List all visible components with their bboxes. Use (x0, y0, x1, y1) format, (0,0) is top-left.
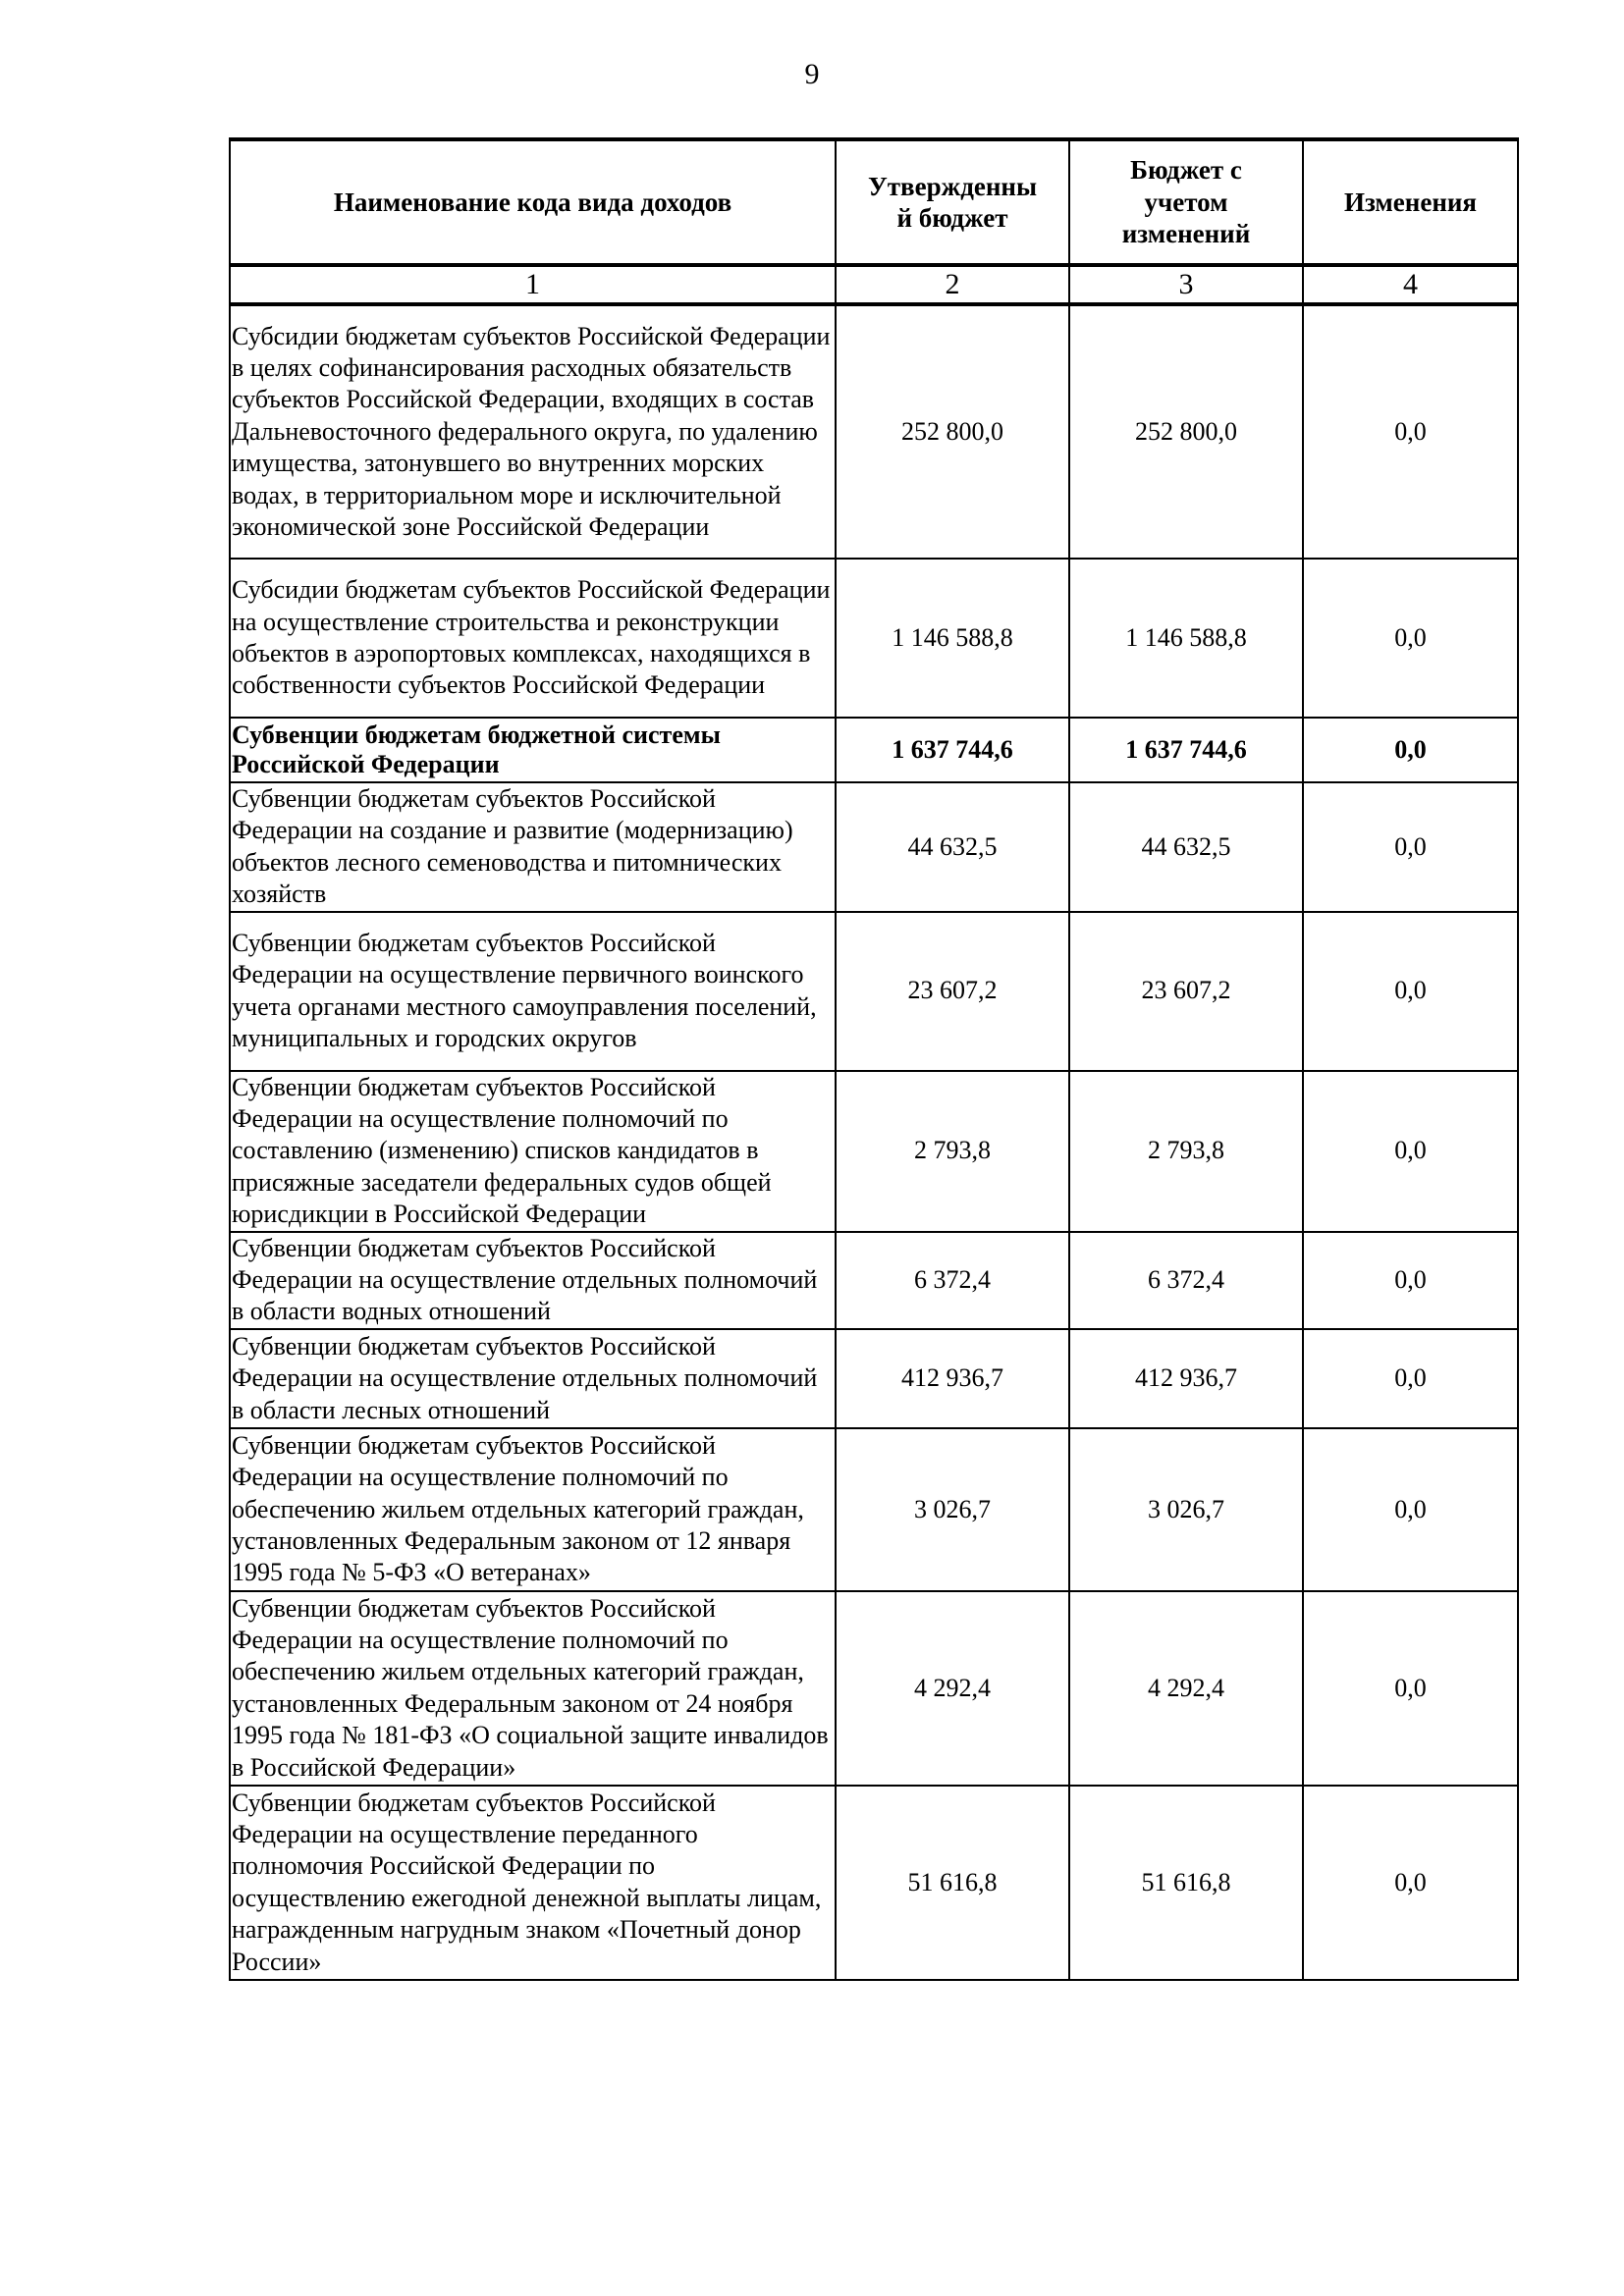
income-name-cell: Субвенции бюджетам субъектов Российской … (230, 1329, 836, 1428)
income-name-cell: Субвенции бюджетам субъектов Российской … (230, 1071, 836, 1232)
approved-budget-cell: 1 146 588,8 (836, 559, 1069, 718)
header-approved-line2: й бюджет (896, 203, 1007, 233)
income-name-cell: Субвенции бюджетам субъектов Российской … (230, 782, 836, 912)
table-row: Субвенции бюджетам субъектов Российской … (230, 912, 1518, 1071)
header-amended-line2: учетом (1145, 187, 1228, 217)
amended-budget-cell: 44 632,5 (1069, 782, 1303, 912)
approved-budget-cell: 2 793,8 (836, 1071, 1069, 1232)
income-name-cell: Субвенции бюджетам бюджетной системы Рос… (230, 718, 836, 782)
approved-budget-cell: 1 637 744,6 (836, 718, 1069, 782)
amended-budget-cell: 4 292,4 (1069, 1591, 1303, 1786)
change-cell: 0,0 (1303, 782, 1518, 912)
amended-budget-cell: 23 607,2 (1069, 912, 1303, 1071)
amended-budget-cell: 2 793,8 (1069, 1071, 1303, 1232)
approved-budget-cell: 252 800,0 (836, 304, 1069, 559)
income-name-cell: Субвенции бюджетам субъектов Российской … (230, 1428, 836, 1591)
header-amended-budget: Бюджет сучетомизменений (1069, 139, 1303, 265)
income-name-cell: Субвенции бюджетам субъектов Российской … (230, 912, 836, 1071)
approved-budget-cell: 412 936,7 (836, 1329, 1069, 1428)
column-number: 3 (1069, 265, 1303, 304)
change-cell: 0,0 (1303, 1071, 1518, 1232)
column-number: 1 (230, 265, 836, 304)
change-cell: 0,0 (1303, 304, 1518, 559)
amended-budget-cell: 252 800,0 (1069, 304, 1303, 559)
change-cell: 0,0 (1303, 912, 1518, 1071)
column-number: 4 (1303, 265, 1518, 304)
header-approved-line1: Утвержденны (868, 172, 1037, 201)
table-row: Субвенции бюджетам субъектов Российской … (230, 1591, 1518, 1786)
approved-budget-cell: 6 372,4 (836, 1232, 1069, 1329)
column-number-row: 1 2 3 4 (230, 265, 1518, 304)
approved-budget-cell: 44 632,5 (836, 782, 1069, 912)
change-cell: 0,0 (1303, 1232, 1518, 1329)
table-row: Субвенции бюджетам субъектов Российской … (230, 1232, 1518, 1329)
table-row: Субвенции бюджетам субъектов Российской … (230, 1786, 1518, 1980)
table-row: Субсидии бюджетам субъектов Российской Ф… (230, 304, 1518, 559)
amended-budget-cell: 1 146 588,8 (1069, 559, 1303, 718)
approved-budget-cell: 3 026,7 (836, 1428, 1069, 1591)
header-income-code-name: Наименование кода вида доходов (230, 139, 836, 265)
approved-budget-cell: 23 607,2 (836, 912, 1069, 1071)
table-row: Субвенции бюджетам субъектов Российской … (230, 1329, 1518, 1428)
table-row: Субвенции бюджетам субъектов Российской … (230, 1428, 1518, 1591)
page-number: 9 (0, 57, 1624, 92)
table-row: Субвенции бюджетам субъектов Российской … (230, 782, 1518, 912)
table-row: Субвенции бюджетам субъектов Российской … (230, 1071, 1518, 1232)
amended-budget-cell: 3 026,7 (1069, 1428, 1303, 1591)
income-name-cell: Субвенции бюджетам субъектов Российской … (230, 1786, 836, 1980)
amended-budget-cell: 1 637 744,6 (1069, 718, 1303, 782)
table-row: Субсидии бюджетам субъектов Российской Ф… (230, 559, 1518, 718)
income-name-cell: Субсидии бюджетам субъектов Российской Ф… (230, 304, 836, 559)
change-cell: 0,0 (1303, 559, 1518, 718)
header-approved-budget: Утвержденный бюджет (836, 139, 1069, 265)
income-name-cell: Субвенции бюджетам субъектов Российской … (230, 1591, 836, 1786)
income-name-cell: Субсидии бюджетам субъектов Российской Ф… (230, 559, 836, 718)
table-row: Субвенции бюджетам бюджетной системы Рос… (230, 718, 1518, 782)
header-changes: Изменения (1303, 139, 1518, 265)
change-cell: 0,0 (1303, 1329, 1518, 1428)
column-number: 2 (836, 265, 1069, 304)
header-amended-line1: Бюджет с (1130, 155, 1242, 185)
change-cell: 0,0 (1303, 1591, 1518, 1786)
approved-budget-cell: 51 616,8 (836, 1786, 1069, 1980)
amended-budget-cell: 51 616,8 (1069, 1786, 1303, 1980)
change-cell: 0,0 (1303, 718, 1518, 782)
table-header-row: Наименование кода вида доходов Утвержден… (230, 139, 1518, 265)
change-cell: 0,0 (1303, 1786, 1518, 1980)
approved-budget-cell: 4 292,4 (836, 1591, 1069, 1786)
budget-table: Наименование кода вида доходов Утвержден… (229, 137, 1519, 1981)
amended-budget-cell: 412 936,7 (1069, 1329, 1303, 1428)
income-name-cell: Субвенции бюджетам субъектов Российской … (230, 1232, 836, 1329)
header-amended-line3: изменений (1122, 219, 1251, 248)
change-cell: 0,0 (1303, 1428, 1518, 1591)
amended-budget-cell: 6 372,4 (1069, 1232, 1303, 1329)
